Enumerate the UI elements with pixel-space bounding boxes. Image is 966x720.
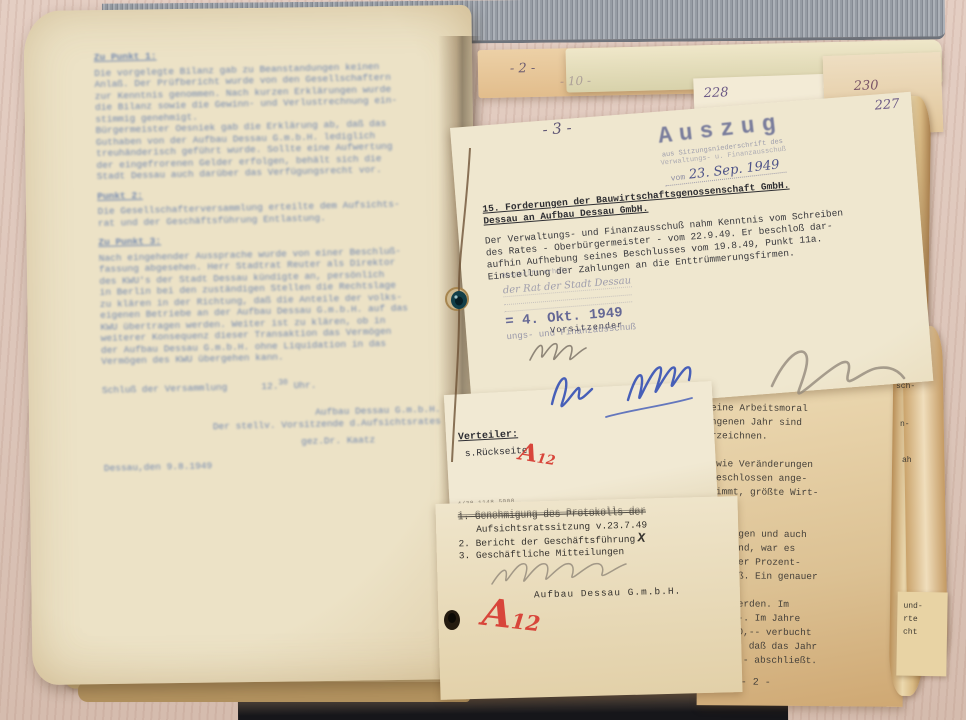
- red-a12-mark-small: A12: [517, 440, 557, 469]
- red-num: 12: [536, 451, 556, 469]
- folio-faint: - 10 -: [560, 73, 591, 88]
- agenda-org: Aufbau Dessau G.m.b.H.: [534, 586, 682, 602]
- archive-photo: { "palette": { "paper_cream": "#efe7cf",…: [0, 0, 966, 720]
- closing-unit: Uhr.: [293, 379, 316, 391]
- signature-block: Aufbau Dessau G.m.b.H. Der stellv. Vorsi…: [102, 403, 454, 435]
- side-page-number: - 2 -: [741, 677, 771, 688]
- closing-time: 12.: [261, 380, 278, 391]
- folio-auszug-page: - 3 -: [542, 118, 573, 138]
- red-num-large: 12: [510, 608, 542, 636]
- stamp-vom: vom: [670, 173, 685, 184]
- auszug-document: - 3 - 227 Auszug aus Sitzungsniederschri…: [450, 92, 933, 417]
- place-date: Dessau,den 9.8.1949: [104, 454, 456, 474]
- corner-fragment-paper: und- rte cht: [896, 592, 947, 677]
- closing-line: Schluß der Versammlung12.30 Uhr.: [102, 373, 454, 396]
- edge-fragment-4: ah: [902, 456, 912, 465]
- verteiler-label: Verteiler:: [458, 429, 519, 443]
- left-page: Zu Punkt 1: Die vorgelegte Bilanz gab zu…: [23, 5, 480, 685]
- agenda-item-2-checkmark: X: [637, 532, 646, 545]
- folio-230: 230: [853, 78, 878, 94]
- left-paragraph-2: Die Gesellschafterversammlung erteilte d…: [97, 197, 449, 229]
- closing-minutes: 30: [278, 378, 288, 387]
- folio-228: 228: [703, 85, 728, 101]
- red-a12-mark-large: A12: [480, 593, 542, 637]
- left-paragraph-1: Die vorgelegte Bilanz gab zu Beanstandun…: [94, 59, 449, 183]
- closing-label: Schluß der Versammlung: [102, 382, 228, 396]
- agenda-note: 1. Genehmigung des Protokolls der Aufsic…: [435, 496, 742, 700]
- folio-227: 227: [874, 97, 900, 114]
- left-page-text: Zu Punkt 1: Die vorgelegte Bilanz gab zu…: [94, 43, 456, 474]
- page-stack-left-3: [78, 682, 470, 702]
- closing-gap: [227, 389, 261, 390]
- edge-fragment-3: n-: [900, 420, 910, 429]
- folio-strip-left: - 2 -: [510, 61, 536, 77]
- signed-by: gez.Dr. Kaatz: [103, 432, 455, 452]
- corner-fragments: und- rte cht: [903, 600, 923, 639]
- left-paragraph-3: Nach eingehender Aussprache wurde von ei…: [99, 244, 454, 368]
